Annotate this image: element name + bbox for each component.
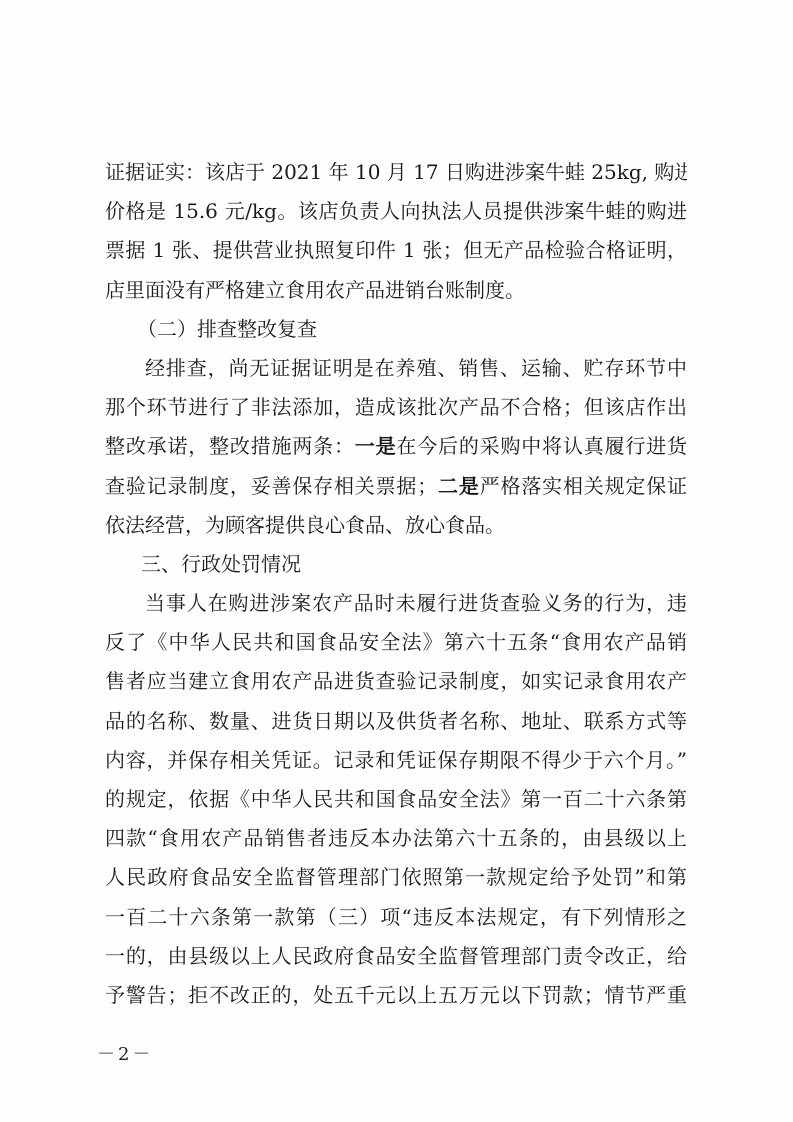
paragraph-line-with-bold: 查验记录制度，妥善保存相关票据；二是严格落实相关规定保证 bbox=[105, 467, 687, 506]
paragraph-line: 依法经营，为顾客提供良心食品、放心食品。 bbox=[105, 506, 687, 545]
section-heading-administrative-penalty: 三、行政处罚情况 bbox=[105, 545, 687, 584]
document-page: 证据证实：该店于 2021 年 10 月 17 日购进涉案牛蛙 25kg, 购进… bbox=[0, 0, 793, 1122]
paragraph-line: 人民政府食品安全监督管理部门依照第一款规定给予处罚”和第 bbox=[105, 858, 687, 897]
bold-marker-first: 一是 bbox=[355, 434, 397, 458]
paragraph-line: 品的名称、数量、进货日期以及供货者名称、地址、联系方式等 bbox=[105, 702, 687, 741]
page-number: －2－ bbox=[97, 1040, 153, 1066]
paragraph-line: 价格是 15.6 元/kg。该店负责人向执法人员提供涉案牛蛙的购进 bbox=[105, 192, 687, 231]
paragraph-line: 当事人在购进涉案农产品时未履行进货查验义务的行为，违 bbox=[105, 584, 687, 623]
paragraph-line: 内容，并保存相关凭证。记录和凭证保存期限不得少于六个月。” bbox=[105, 741, 687, 780]
paragraph-line: 经排查，尚无证据证明是在养殖、销售、运输、贮存环节中 bbox=[105, 349, 687, 388]
paragraph-text: 严格落实相关规定保证 bbox=[480, 474, 687, 498]
bold-marker-second: 二是 bbox=[437, 474, 479, 498]
document-body: 证据证实：该店于 2021 年 10 月 17 日购进涉案牛蛙 25kg, 购进… bbox=[105, 153, 687, 1015]
paragraph-line: 那个环节进行了非法添加，造成该批次产品不合格；但该店作出 bbox=[105, 388, 687, 427]
paragraph-text: 在今后的采购中将认真履行进货 bbox=[396, 434, 687, 458]
paragraph-line: 证据证实：该店于 2021 年 10 月 17 日购进涉案牛蛙 25kg, 购进 bbox=[105, 153, 687, 192]
paragraph-line: 店里面没有严格建立食用农产品进销台账制度。 bbox=[105, 271, 687, 310]
paragraph-text: 整改承诺，整改措施两条： bbox=[105, 434, 355, 458]
section-heading-inspection-rectification: （二）排查整改复查 bbox=[105, 310, 687, 349]
paragraph-line-with-bold: 整改承诺，整改措施两条：一是在今后的采购中将认真履行进货 bbox=[105, 427, 687, 466]
paragraph-line: 的规定，依据《中华人民共和国食品安全法》第一百二十六条第 bbox=[105, 780, 687, 819]
paragraph-line: 予警告；拒不改正的，处五千元以上五万元以下罚款；情节严重 bbox=[105, 976, 687, 1015]
paragraph-line: 四款“食用农产品销售者违反本办法第六十五条的，由县级以上 bbox=[105, 819, 687, 858]
paragraph-line: 反了《中华人民共和国食品安全法》第六十五条“食用农产品销 bbox=[105, 623, 687, 662]
paragraph-line: 票据 1 张、提供营业执照复印件 1 张；但无产品检验合格证明， bbox=[105, 231, 687, 270]
paragraph-line: 售者应当建立食用农产品进货查验记录制度，如实记录食用农产 bbox=[105, 662, 687, 701]
paragraph-text: 查验记录制度，妥善保存相关票据； bbox=[105, 474, 437, 498]
paragraph-line: 一百二十六条第一款第（三）项“违反本法规定，有下列情形之 bbox=[105, 898, 687, 937]
paragraph-line: 一的，由县级以上人民政府食品安全监督管理部门责令改正，给 bbox=[105, 937, 687, 976]
